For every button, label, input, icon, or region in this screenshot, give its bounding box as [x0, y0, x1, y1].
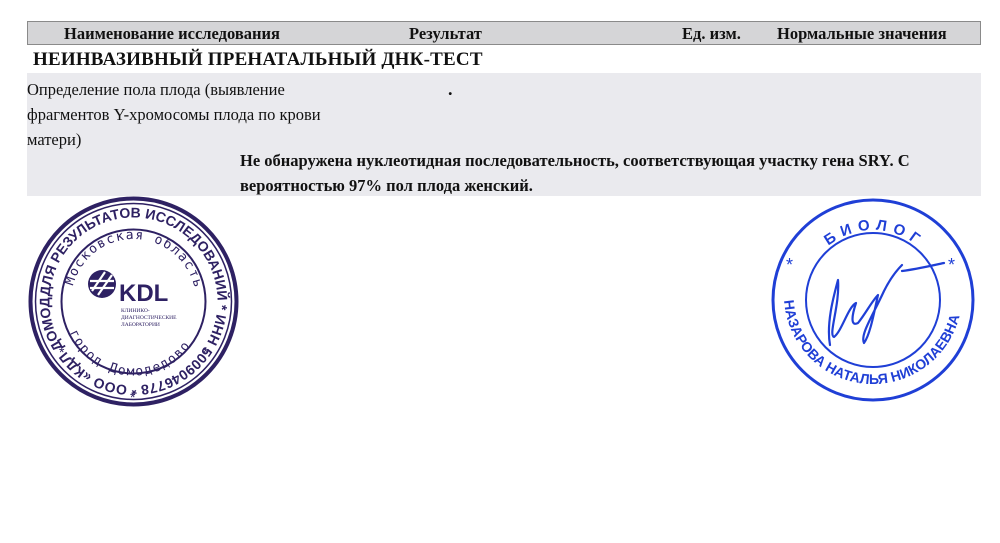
- column-header-name: Наименование исследования: [64, 24, 280, 44]
- section-title: НЕИНВАЗИВНЫЙ ПРЕНАТАЛЬНЫЙ ДНК-ТЕСТ: [33, 49, 483, 71]
- lab-stamp-seal-icon: ДЛЯ РЕЗУЛЬТАТОВ ИССЛЕДОВАНИЙ * ИНН 50090…: [27, 195, 240, 408]
- kdl-sub-2: ДИАГНОСТИЧЕСКИЕ: [121, 315, 177, 321]
- column-header-unit: Ед. изм.: [682, 24, 741, 44]
- svg-text:*: *: [948, 255, 955, 275]
- test-result-row: Определение пола плода (выявление фрагме…: [27, 73, 981, 196]
- column-header-normal-values: Нормальные значения: [777, 24, 947, 44]
- result-value: .: [448, 79, 453, 100]
- svg-text:*: *: [59, 344, 65, 360]
- kdl-logo-text: KDL: [119, 280, 168, 307]
- table-header: Наименование исследования Результат Ед. …: [27, 21, 981, 45]
- kdl-sub-1: КЛИНИКО-: [121, 308, 150, 314]
- column-header-result: Результат: [409, 24, 482, 44]
- biologist-stamp-name: НАЗАРОВА НАТАЛЬЯ НИКОЛАЕВНА: [781, 299, 962, 387]
- svg-text:НАЗАРОВА НАТАЛЬЯ НИКОЛАЕВНА: НАЗАРОВА НАТАЛЬЯ НИКОЛАЕВНА: [781, 299, 962, 387]
- kdl-logo-icon: [88, 270, 116, 298]
- svg-text:*: *: [786, 255, 793, 275]
- kdl-sub-3: ЛАБОРАТОРИИ: [121, 322, 160, 328]
- result-conclusion: Не обнаружена нуклеотидная последователь…: [240, 148, 970, 198]
- signature-icon: [829, 263, 944, 345]
- biologist-stamp: БИОЛОГ НАЗАРОВА НАТАЛЬЯ НИКОЛАЕВНА * *: [768, 195, 978, 405]
- svg-text:*: *: [203, 344, 209, 360]
- biologist-stamp-seal-icon: БИОЛОГ НАЗАРОВА НАТАЛЬЯ НИКОЛАЕВНА * *: [768, 195, 978, 405]
- svg-text:*: *: [130, 389, 136, 405]
- test-name: Определение пола плода (выявление фрагме…: [27, 77, 347, 152]
- lab-stamp: ДЛЯ РЕЗУЛЬТАТОВ ИССЛЕДОВАНИЙ * ИНН 50090…: [27, 195, 240, 408]
